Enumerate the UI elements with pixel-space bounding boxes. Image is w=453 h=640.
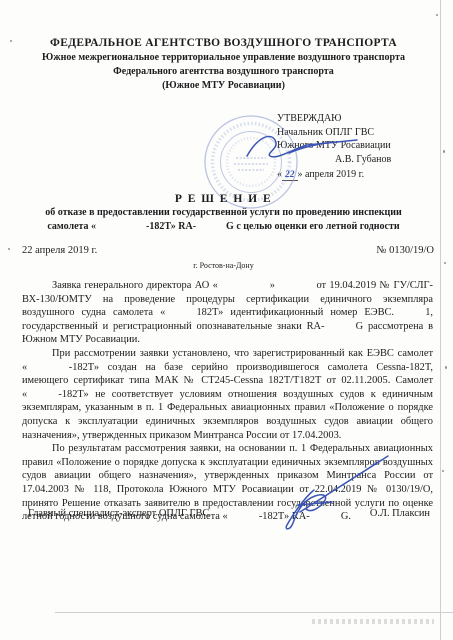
scan-edge-line bbox=[440, 0, 441, 640]
document-date: 22 апреля 2019 г. bbox=[22, 245, 97, 256]
approver-position: Начальник ОПЛГ ГВС bbox=[277, 126, 391, 140]
agency-subname: Федерального агентства воздушного трансп… bbox=[0, 65, 447, 79]
scan-speck bbox=[436, 14, 438, 16]
scanned-document-page: ФЕДЕРАЛЬНОЕ АГЕНТСТВО ВОЗДУШНОГО ТРАНСПО… bbox=[0, 0, 453, 640]
approval-block: УТВЕРЖДАЮ Начальник ОПЛГ ГВС Южного МТУ … bbox=[277, 112, 391, 183]
expert-position: Главный специалист-эксперт ОПЛГ ГВС bbox=[28, 508, 209, 519]
document-city: г. Ростов-на-Дону bbox=[0, 261, 447, 270]
approval-word: УТВЕРЖДАЮ bbox=[277, 112, 391, 126]
decision-subtitle-line2: самолета « -182Т» RA- G с целью оценки е… bbox=[0, 220, 447, 234]
scan-speck bbox=[445, 366, 447, 369]
document-body: Заявка генерального директора АО « » от … bbox=[22, 279, 433, 524]
department-name: Южное межрегиональное территориальное уп… bbox=[0, 51, 447, 65]
scan-bottom-line bbox=[55, 612, 453, 613]
approver-name: А.В. Губанов bbox=[277, 153, 391, 167]
approval-date: «22» апреля 2019 г. bbox=[277, 168, 391, 183]
footer-signature-row: Главный специалист-эксперт ОПЛГ ГВС О.Л.… bbox=[28, 508, 430, 519]
approval-date-rest: » апреля 2019 г. bbox=[298, 169, 365, 180]
scan-speck bbox=[442, 470, 444, 472]
body-paragraph-2: При рассмотрении заявки установлено, что… bbox=[22, 347, 433, 442]
scan-speck bbox=[444, 262, 446, 264]
document-number: № 0130/19/О bbox=[376, 245, 434, 256]
scan-speck bbox=[10, 40, 12, 42]
document-header: ФЕДЕРАЛЬНОЕ АГЕНТСТВО ВОЗДУШНОГО ТРАНСПО… bbox=[0, 36, 447, 93]
scan-smudge bbox=[312, 619, 434, 624]
department-short-name: (Южное МТУ Росавиации) bbox=[0, 79, 447, 93]
scan-speck bbox=[8, 248, 10, 250]
scan-speck bbox=[443, 150, 445, 153]
approver-org: Южного МТУ Росавиации bbox=[277, 139, 391, 153]
decision-title-block: Р Е Ш Е Н И Е об отказе в предоставлении… bbox=[0, 192, 447, 233]
decision-title: Р Е Ш Е Н И Е bbox=[0, 192, 447, 206]
handwritten-day: 22 bbox=[282, 170, 298, 181]
decision-subtitle-line1: об отказе в предоставлении государственн… bbox=[0, 206, 447, 220]
body-paragraph-1: Заявка генерального директора АО « » от … bbox=[22, 279, 433, 347]
agency-name: ФЕДЕРАЛЬНОЕ АГЕНТСТВО ВОЗДУШНОГО ТРАНСПО… bbox=[0, 36, 447, 51]
expert-name: О.Л. Плаксин bbox=[370, 508, 430, 519]
meta-row: 22 апреля 2019 г. № 0130/19/О bbox=[22, 245, 434, 256]
